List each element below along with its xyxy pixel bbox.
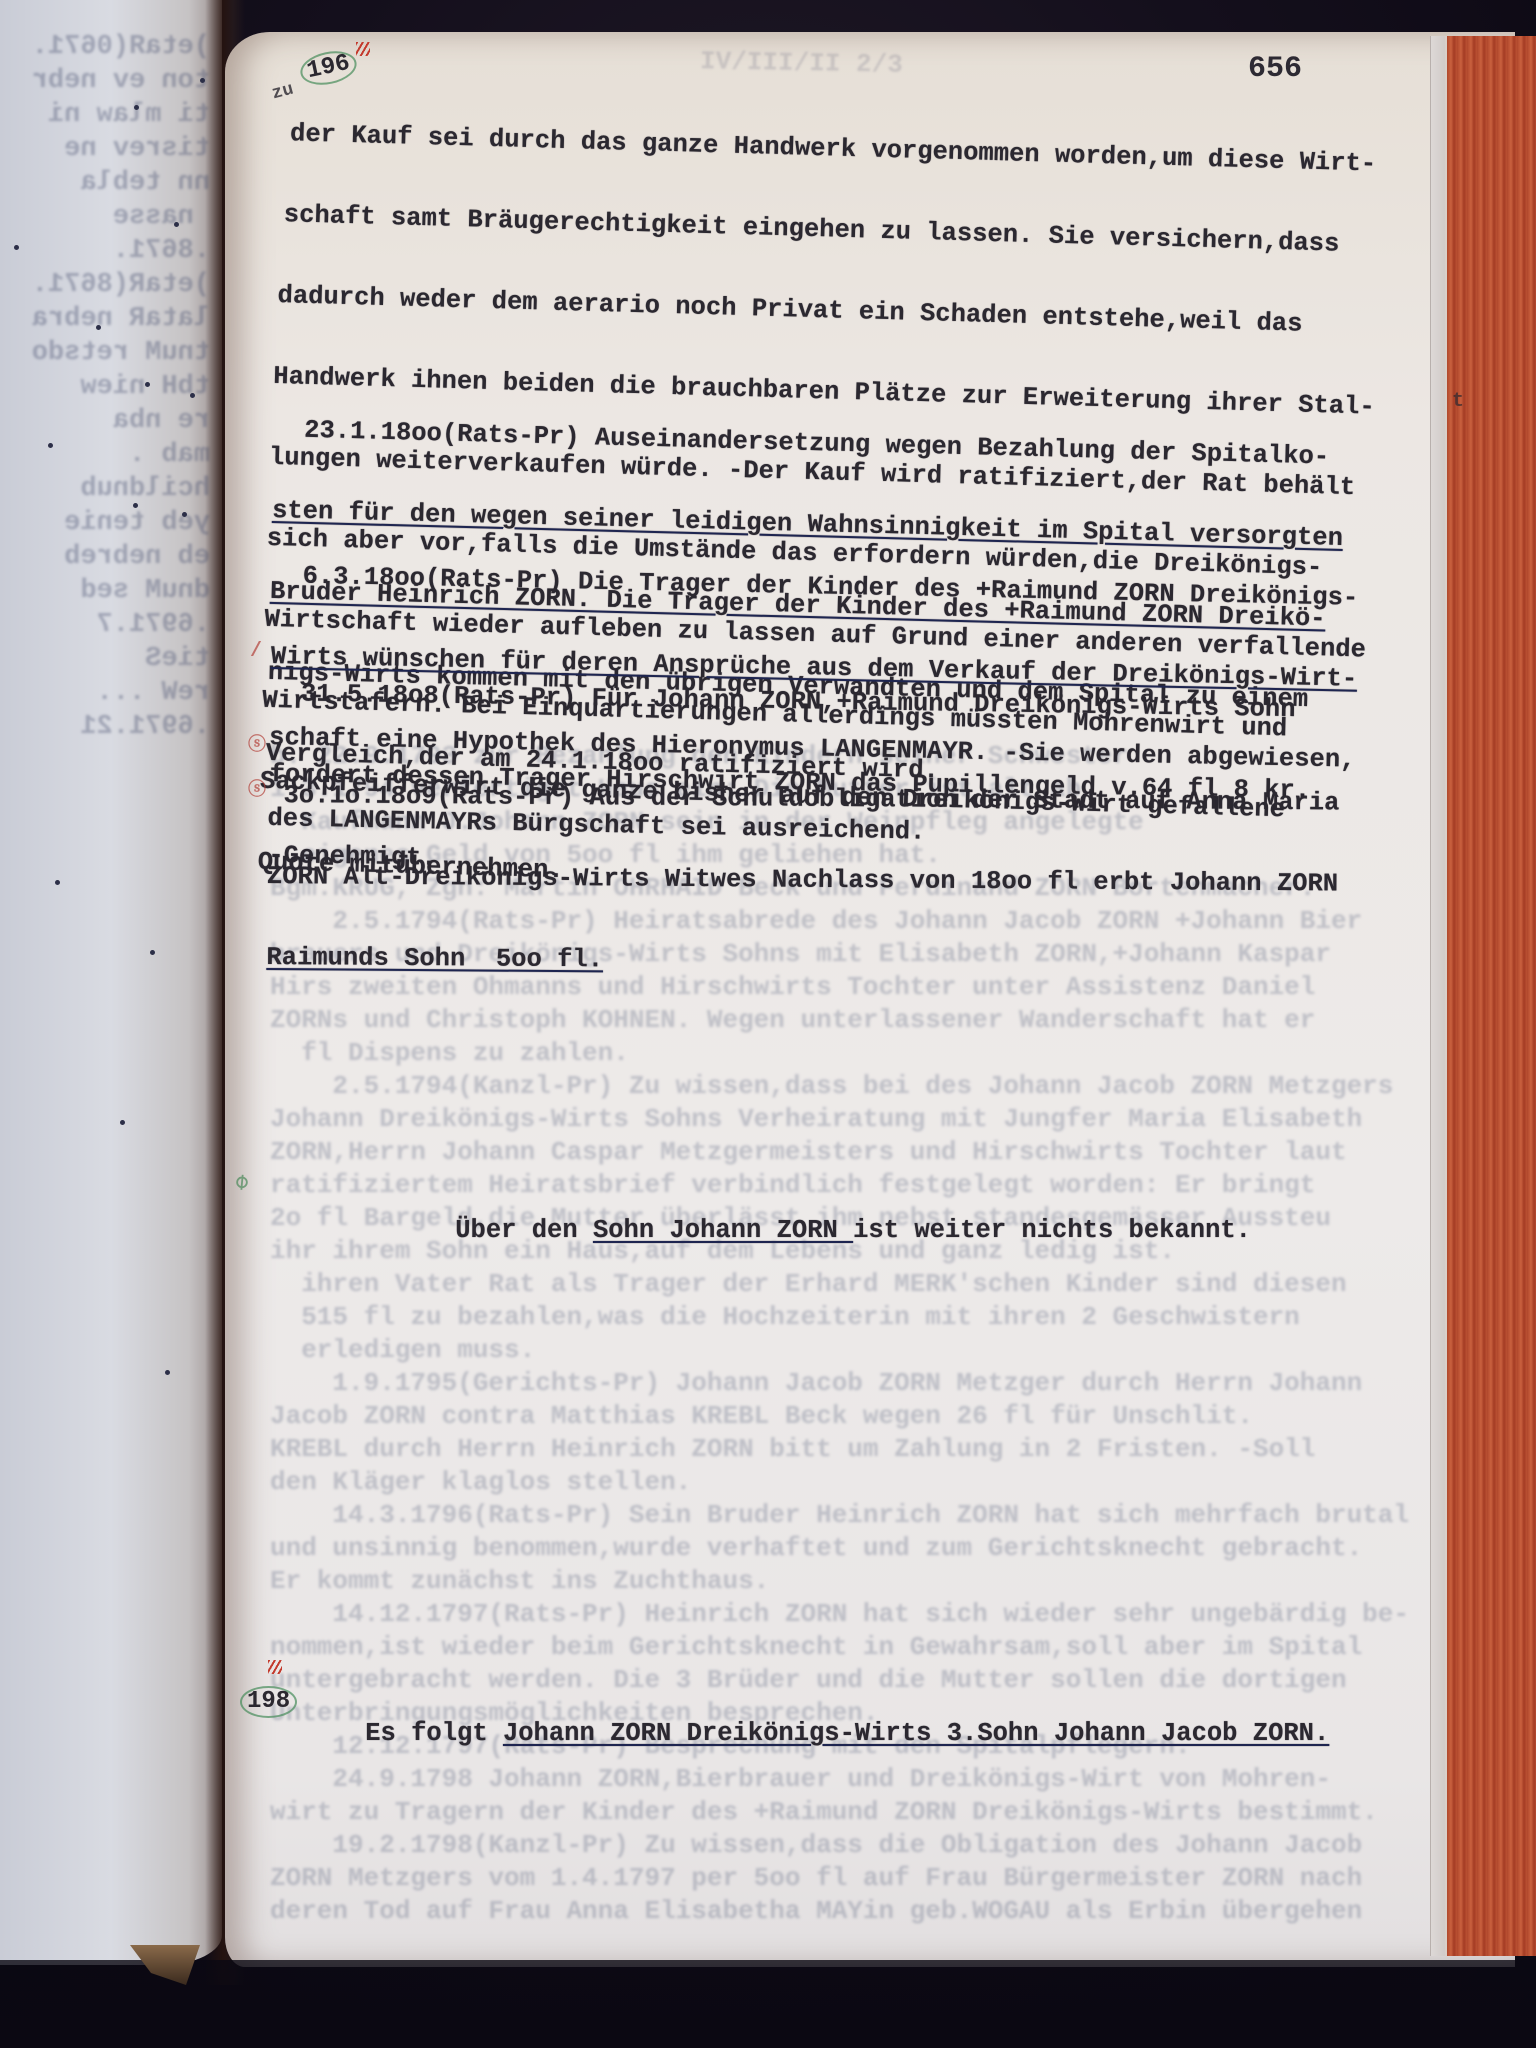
closing-note-subject: Sohn Johann ZORN (593, 1216, 853, 1245)
text-line: 23.1.18oo(Rats-Pr) Auseinandersetzung we… (304, 417, 1346, 471)
text-line: dadurch weder dem aerario noch Privat ei… (277, 282, 1377, 340)
entry-1809-10-30: 3o.1o.18o9(Rats-Pr) Aus der Schuldobliga… (266, 728, 1340, 1032)
archive-stamp: IV/III/II 2/3 (700, 46, 903, 80)
margin-letter: t (1452, 390, 1464, 413)
text-line: 6.3.18oo(Rats-Pr) Die Trager der Kinder … (302, 563, 1359, 612)
closing-note-suffix: ist weiter nichts bekannt. (853, 1216, 1251, 1245)
text-line: 3o.1o.18o9(Rats-Pr) Aus der Schuldobliga… (283, 782, 1339, 816)
book-shadow (0, 1960, 1536, 2048)
text-line: schaft samt Bräugerechtigkeit eingehen z… (283, 201, 1379, 259)
red-tick-mark (268, 1660, 282, 1674)
margin-dot (120, 1120, 125, 1125)
text-line: Raimunds Sohn 5oo fl. (266, 944, 526, 973)
margin-dot (14, 245, 19, 250)
text-line: der Kauf sei durch das ganze Handwerk vo… (290, 120, 1382, 177)
closing-note: Über den Sohn Johann ZORN ist weiter nic… (394, 1190, 1251, 1271)
left-page: )etaЯ(0671. ton ev nebr ti mlaw ni tisre… (0, 0, 222, 1965)
book-photo: )etaЯ(0671. ton ev nebr ti mlaw ni tisre… (0, 0, 1536, 2048)
margin-dot (48, 443, 53, 448)
margin-dot (96, 325, 101, 330)
page-number: 656 (1248, 52, 1302, 86)
margin-dot (190, 393, 195, 398)
reference-number-bottom: 198 (240, 1686, 297, 1718)
follow-up-prefix: Es folgt (365, 1719, 503, 1748)
text-line: ZORN Alt-Dreikönigs-Wirts Witwes Nachlas… (267, 863, 1339, 897)
margin-dot (145, 382, 150, 387)
margin-dot (165, 1370, 170, 1375)
margin-dot (55, 880, 60, 885)
margin-dot (150, 950, 155, 955)
follow-up-subject: Johann ZORN Dreikönigs-Wirts 3.Sohn Joha… (503, 1719, 1329, 1748)
margin-pencil-mark: / (250, 640, 262, 663)
margin-dot (133, 503, 138, 508)
closing-note-prefix: Über den (455, 1216, 593, 1245)
margin-red-mark: ⓢ (248, 775, 266, 801)
page-edges (1445, 36, 1536, 1956)
text-line: 31.5.18o8(Rats-Pr) Für Johann ZORN,+Raim… (301, 680, 1312, 723)
margin-red-mark: ⓢ (248, 730, 266, 756)
left-page-bleed-text: )etaЯ(0671. ton ev nebr ti mlaw ni tisre… (0, 30, 210, 744)
margin-dot (182, 512, 187, 517)
margin-dot (174, 222, 179, 227)
red-tick-mark (356, 42, 370, 56)
follow-up-note: Es folgt Johann ZORN Dreikönigs-Wirts 3.… (304, 1693, 1329, 1774)
margin-dot (134, 105, 139, 110)
